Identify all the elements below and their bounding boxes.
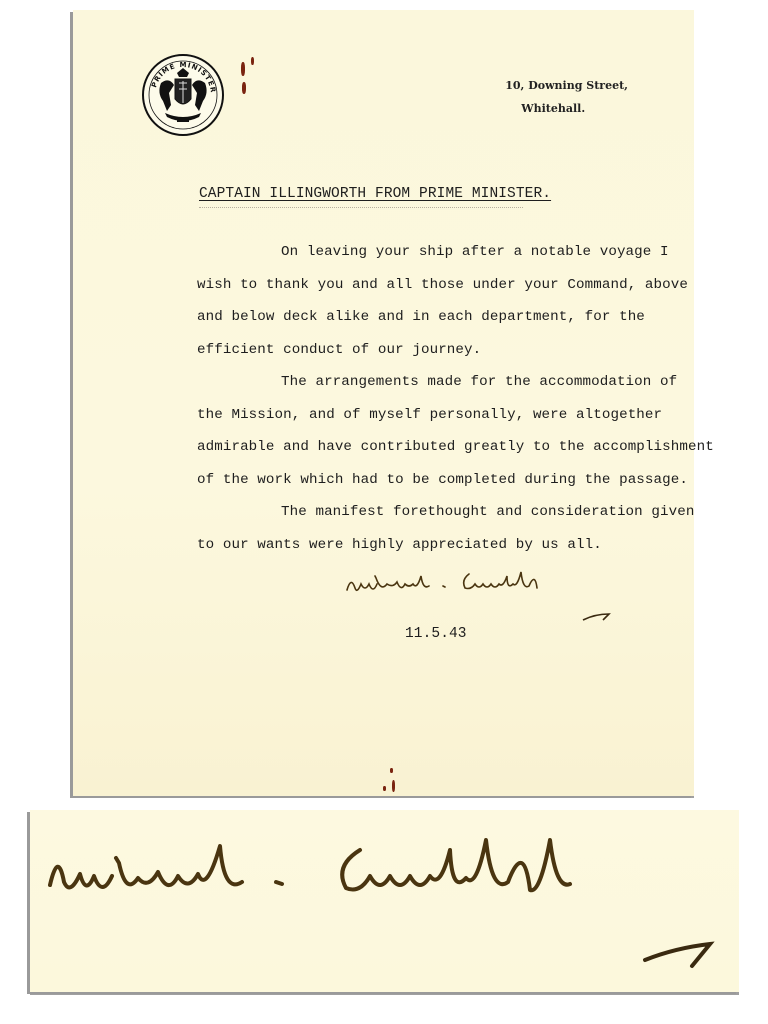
text-line: to our wants were highly appreciated by … <box>197 537 602 553</box>
text-line: of the work which had to be completed du… <box>197 472 688 488</box>
address-line-2: Whitehall. <box>505 97 628 120</box>
text-line: wish to thank you and all those under yo… <box>197 277 688 293</box>
letter-body: On leaving your ship after a notable voy… <box>197 236 757 561</box>
ink-stain <box>242 82 246 94</box>
letter-sheet: PRIME MINISTER 10, Downing Street, White… <box>73 10 694 796</box>
ink-stain <box>390 768 393 773</box>
letter-title: CAPTAIN ILLINGWORTH FROM PRIME MINISTER. <box>199 186 551 202</box>
letter-date: 11.5.43 <box>405 626 467 642</box>
text-line: The manifest forethought and considerati… <box>197 504 694 520</box>
text-line: On leaving your ship after a notable voy… <box>197 244 669 260</box>
text-line: efficient conduct of our journey. <box>197 342 481 358</box>
royal-crest-icon: PRIME MINISTER <box>141 53 225 137</box>
signature-detail-crop: Winston S. Churchill <box>30 810 739 992</box>
letterhead-address: 10, Downing Street, Whitehall. <box>505 74 628 120</box>
text-line: The arrangements made for the accommodat… <box>197 374 677 390</box>
text-line: the Mission, and of myself personally, w… <box>197 407 662 423</box>
ink-stain <box>241 62 245 76</box>
ink-stain <box>392 780 395 792</box>
signature-enlarged: Winston S. Churchill <box>30 810 739 992</box>
ink-stain <box>251 57 254 65</box>
title-rule <box>199 207 523 208</box>
text-line: admirable and have contributed greatly t… <box>197 439 714 455</box>
paragraph-1: On leaving your ship after a notable voy… <box>197 236 757 366</box>
ink-stain <box>383 786 386 791</box>
text-line: and below deck alike and in each departm… <box>197 309 645 325</box>
paragraph-3: The manifest forethought and considerati… <box>197 496 757 561</box>
paragraph-2: The arrangements made for the accommodat… <box>197 366 757 496</box>
signature: Winston S. Churchill <box>343 562 623 622</box>
address-line-1: 10, Downing Street, <box>505 74 628 97</box>
